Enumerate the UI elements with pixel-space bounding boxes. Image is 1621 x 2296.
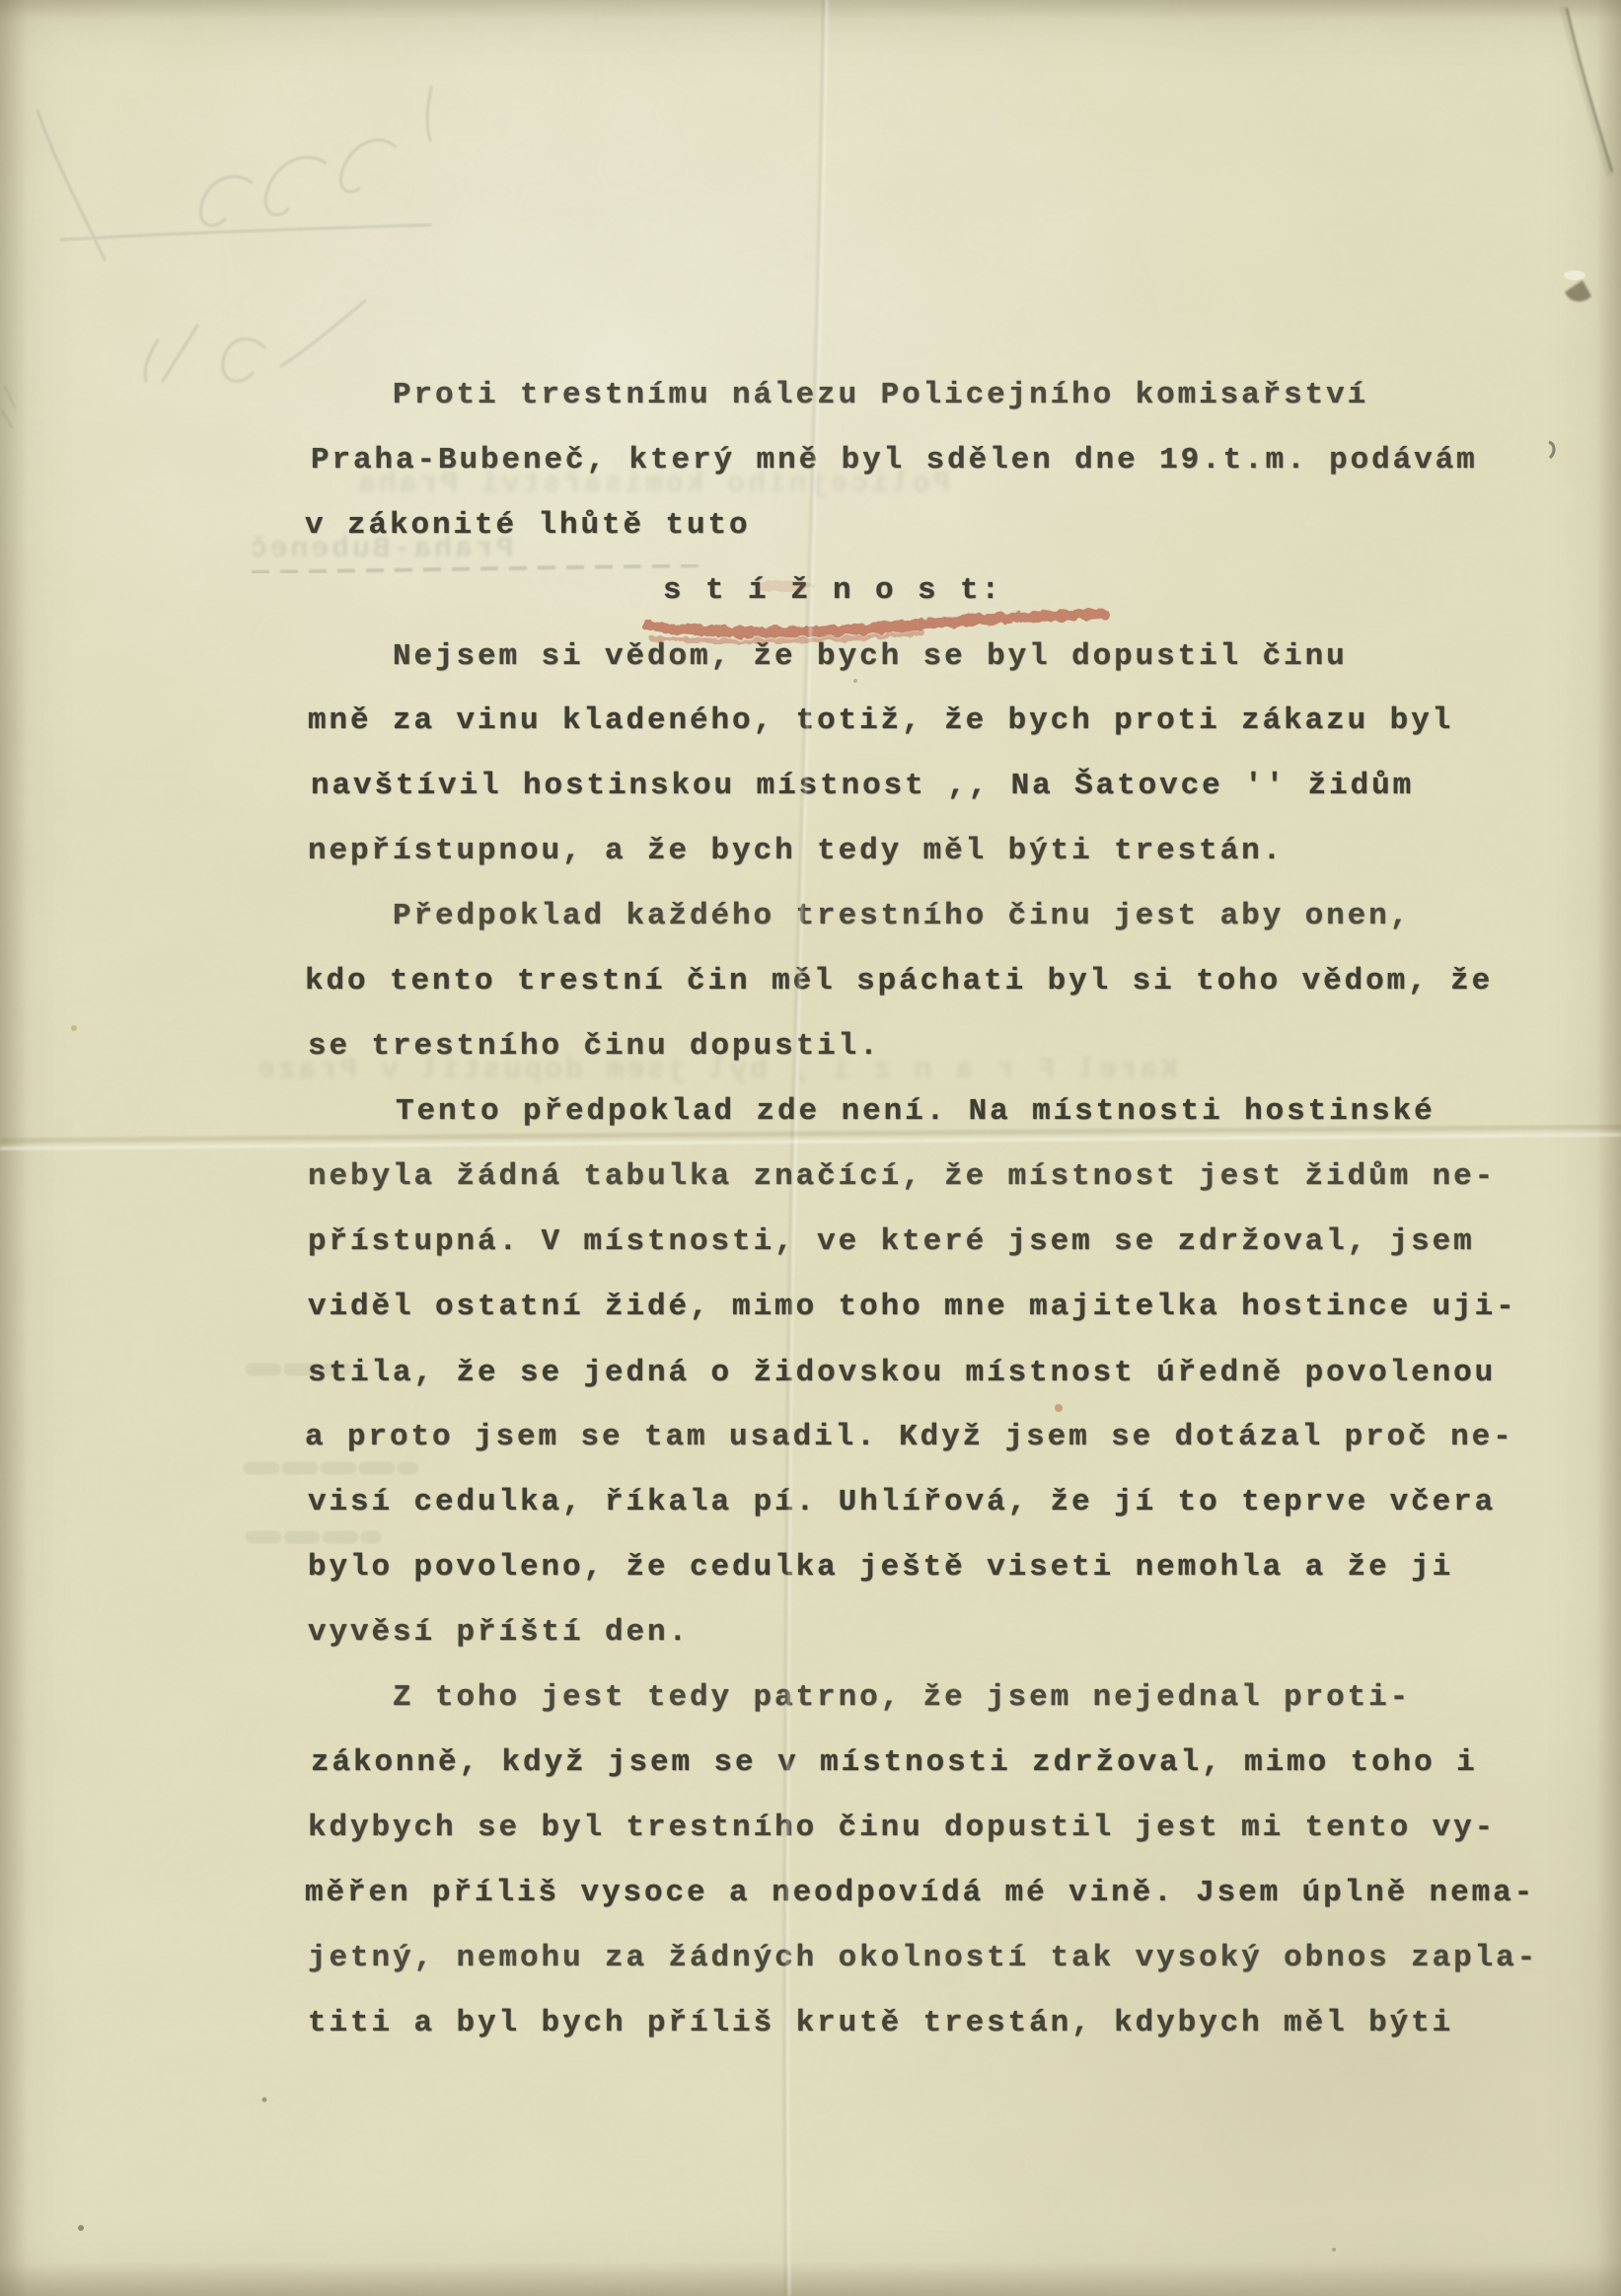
typewritten-line: viděl ostatní židé, mimo toho mne majite… [308,1275,1581,1340]
typewritten-line: Nejsem si vědom, že bych se byl dopustil… [308,625,1581,690]
typewritten-line: v zákonité lhůtě tuto [305,493,1578,558]
typewritten-line: jetný, nemohu za žádných okolností tak v… [308,1926,1581,1991]
typewritten-line: navštívil hostinskou místnost ,, Na Šato… [311,754,1584,819]
typewritten-line: titi a byl bych příliš krutě trestán, kd… [308,1991,1581,2056]
typewritten-line: nebyla žádná tabulka značící, že místnos… [308,1145,1581,1210]
corner-crease-mark [1563,6,1612,176]
typewritten-line: přístupná. V místnosti, ve které jsem se… [308,1210,1581,1275]
typewritten-line: měřen příliš vysoce a neodpovídá mé vině… [305,1861,1578,1926]
typewritten-line: vyvěsí příští den. [308,1600,1581,1666]
paper-nick [1564,270,1591,302]
typewritten-line: kdybych se byl trestního činu dopustil j… [308,1796,1581,1861]
heading-stiznost: s t í ž n o s t: [308,558,1581,624]
typewritten-line: nepřístupnou, a že bych tedy měl býti tr… [308,819,1581,884]
typewritten-line: Proti trestnímu nálezu Policejního komis… [308,363,1581,428]
typewritten-line: Praha-Bubeneč, který mně byl sdělen dne … [311,428,1584,493]
document-page: Policejního komisařství Praha Praha-Bube… [0,0,1621,2296]
typewritten-line: zákonně, když jsem se v místnosti zdržov… [311,1731,1584,1796]
typewritten-line: stila, že se jedná o židovskou místnost … [308,1341,1581,1406]
typewritten-line: kdo tento trestní čin měl spáchati byl s… [305,949,1578,1014]
typewritten-line: se trestního činu dopustil. [308,1014,1581,1079]
typewritten-text: Proti trestnímu nálezu Policejního komis… [308,363,1581,2056]
typewritten-line: visí cedulka, říkala pí. Uhlířová, že jí… [308,1470,1581,1535]
typewritten-line: mně za vinu kladeného, totiž, že bych pr… [308,689,1581,754]
typewritten-line: bylo povoleno, že cedulka ještě viseti n… [308,1535,1581,1600]
typewritten-line: Z toho jest tedy patrno, že jsem nejedna… [308,1666,1581,1731]
typewritten-line: Předpoklad každého trestního činu jest a… [308,884,1581,949]
typewritten-line: a proto jsem se tam usadil. Když jsem se… [305,1405,1578,1470]
typewritten-line: Tento předpoklad zde není. Na místnosti … [311,1079,1584,1145]
